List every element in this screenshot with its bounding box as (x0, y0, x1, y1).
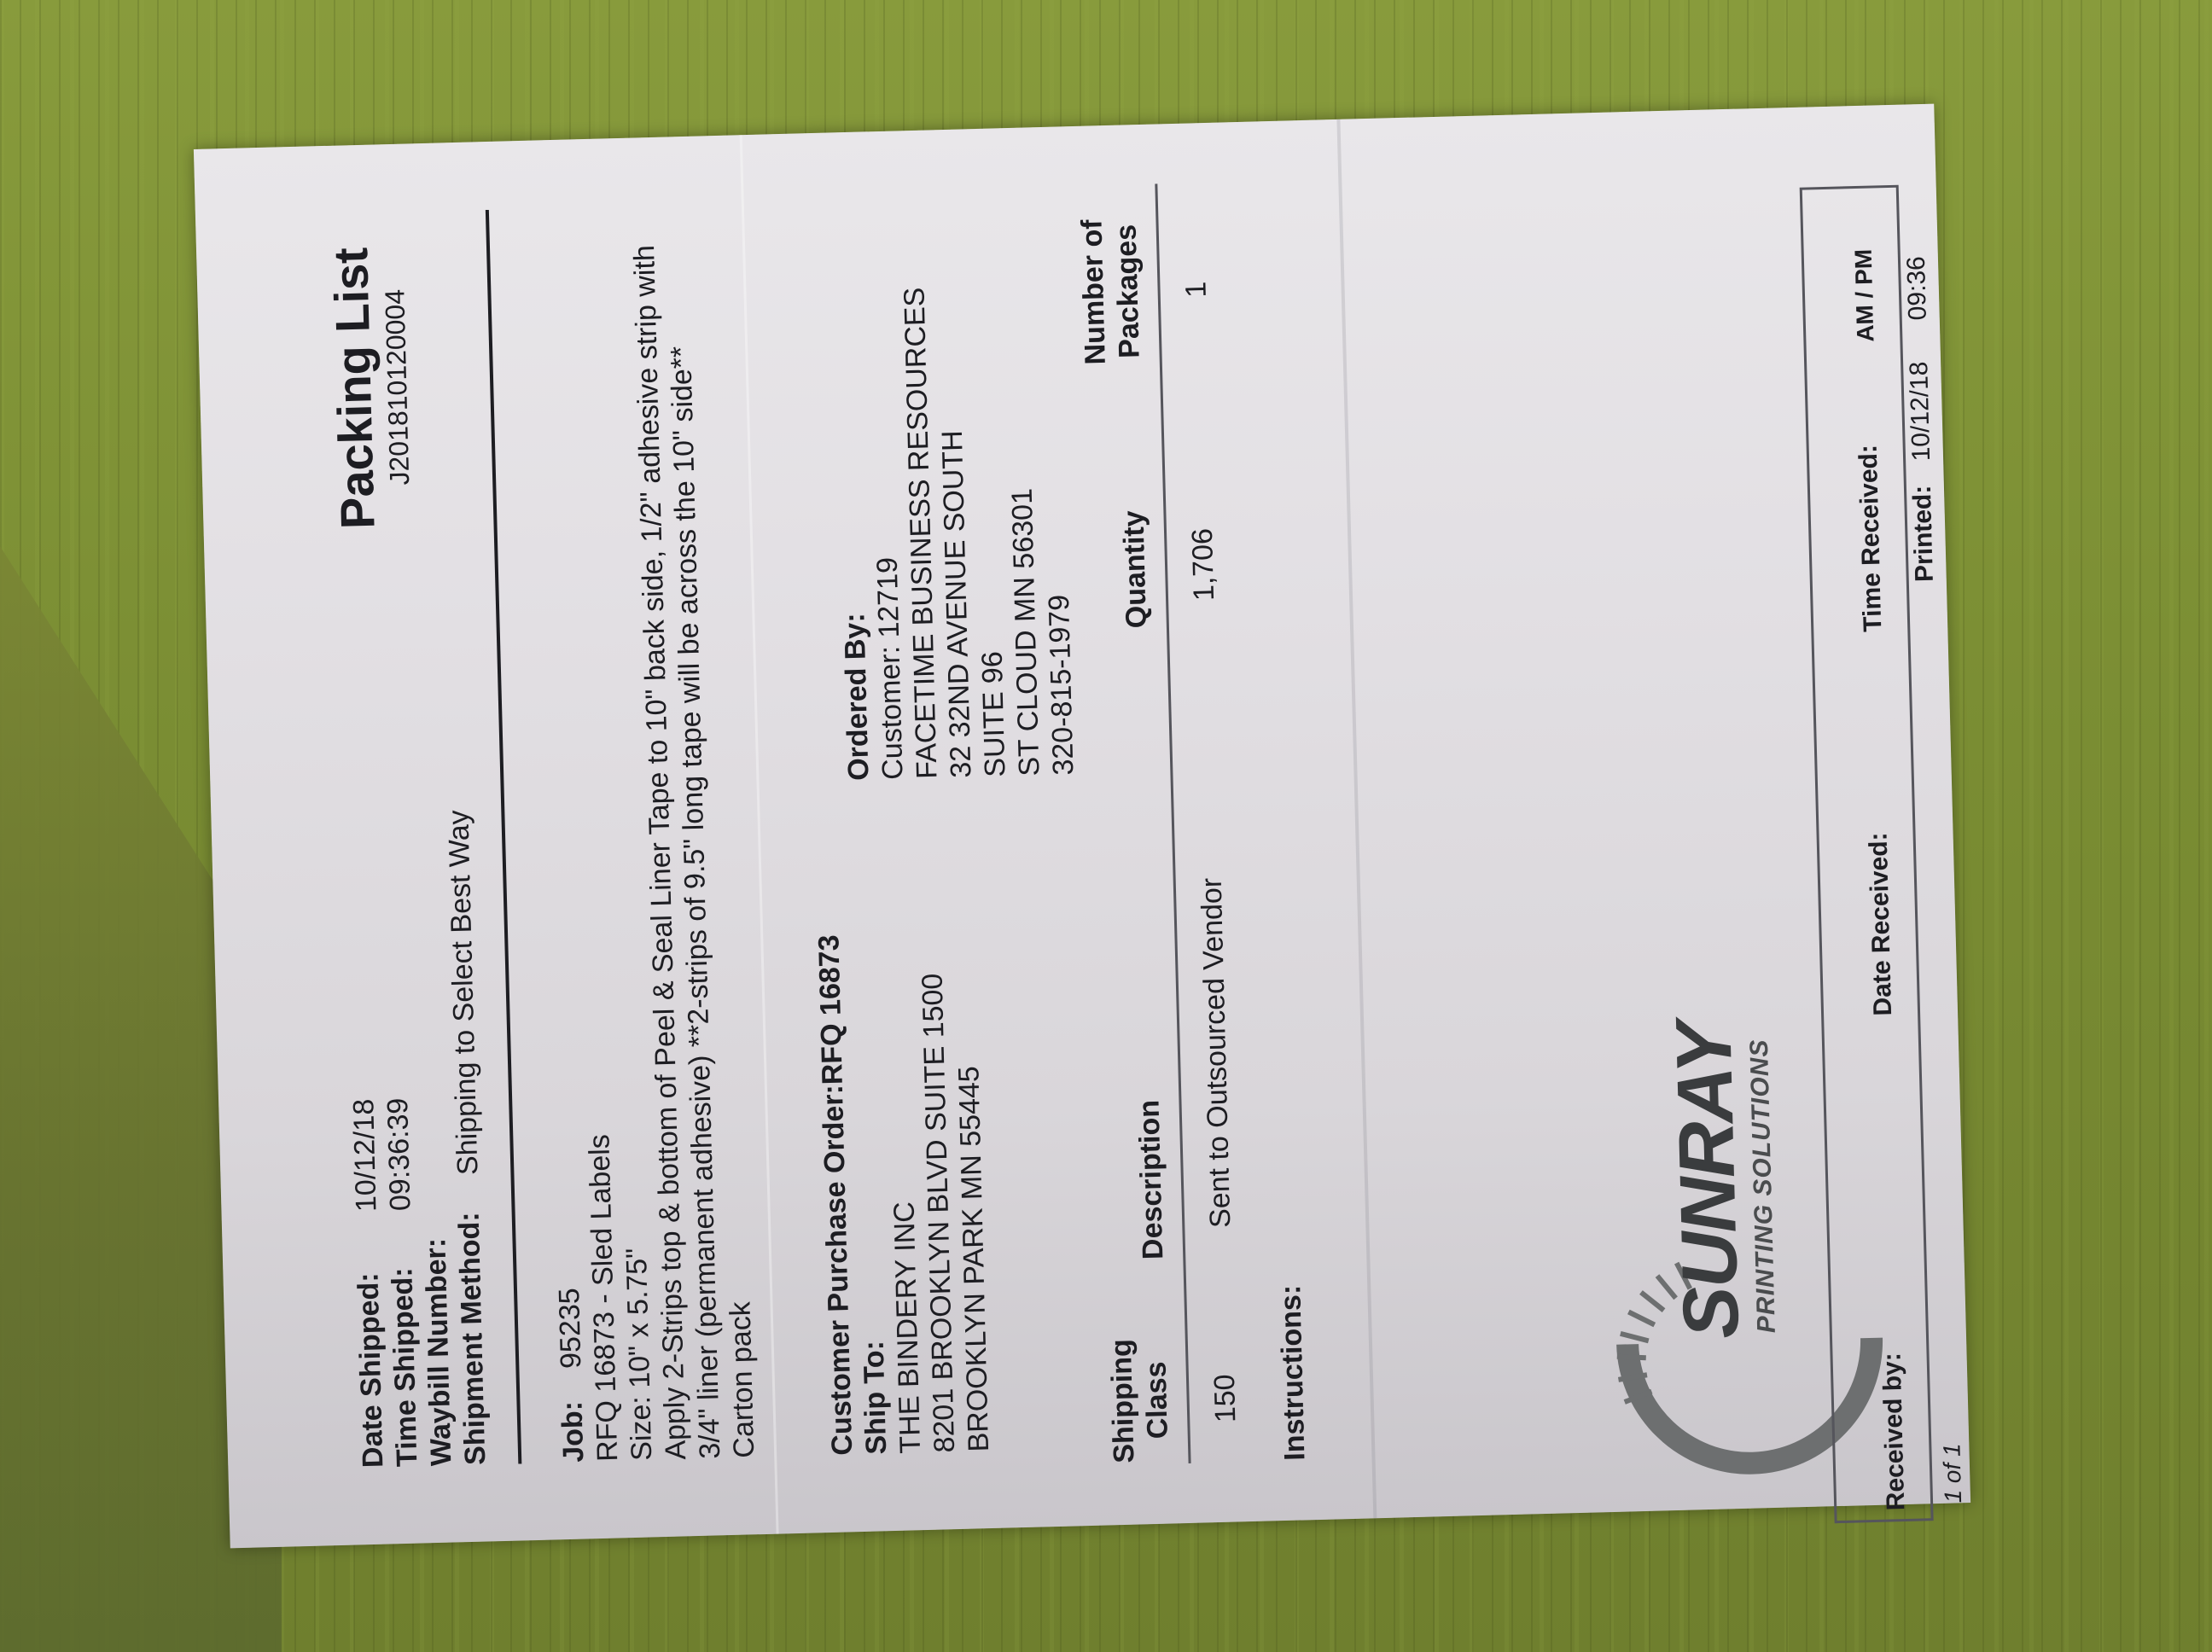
cell-description: Sent to Outsourced Vendor (1195, 877, 1238, 1228)
received-by-label: Received by: (1875, 1352, 1913, 1511)
am-pm-label: AM / PM (1847, 248, 1883, 342)
time-received-label: Time Received: (1852, 445, 1891, 633)
printed-label: Printed: (1908, 485, 1939, 582)
packing-list-sheet: Date Shipped: 10/12/18 Time Shipped: 09:… (194, 104, 1970, 1549)
shipment-fields: Date Shipped: 10/12/18 Time Shipped: 09:… (339, 810, 492, 1469)
job-number: 95235 (552, 1288, 588, 1370)
instructions-label: Instructions: (1273, 1284, 1312, 1461)
job-label: Job: (554, 1368, 591, 1463)
table-row: 150 Sent to Outsourced Vendor 1,706 1 (1176, 183, 1252, 1463)
ordered-by-section: Ordered By: Customer: 12719 FACETIME BUS… (829, 283, 1080, 781)
field-label: Shipment Method: (452, 1208, 493, 1465)
document-header: Packing List J201810120004 (324, 246, 417, 529)
field-value: 10/12/18 (346, 1098, 383, 1212)
field-value: 09:36:39 (381, 1097, 417, 1211)
items-table-header: Shipping Class Description Quantity Numb… (1074, 184, 1184, 1466)
cell-number-of-packages: 1 (1177, 217, 1214, 363)
date-received-label: Date Received: (1862, 832, 1901, 1016)
cell-quantity: 1,706 (1185, 528, 1221, 602)
col-quantity: Quantity (1116, 510, 1154, 629)
logo-name: SUNRAY (1659, 1022, 1757, 1340)
page-number: 1 of 1 (1935, 1443, 1970, 1504)
printed-time: 09:36 (1902, 256, 1933, 355)
ship-to-section: Customer Purchase Order:RFQ 16873 Ship T… (812, 931, 996, 1456)
cell-shipping-class: 150 (1207, 1334, 1244, 1463)
job-section: Job: 95235 RFQ 16873 - Sled Labels Size:… (524, 195, 762, 1463)
printed-date: 10/12/18 (1905, 361, 1936, 479)
col-description: Description (1132, 1099, 1170, 1259)
header-divider (486, 210, 521, 1464)
printed-stamp: Printed: 10/12/18 09:36 (1900, 256, 1942, 583)
col-number-of-packages: Number of Packages (1074, 218, 1146, 365)
col-shipping-class: Shipping Class (1104, 1335, 1176, 1465)
document-title: Packing List (324, 247, 385, 529)
